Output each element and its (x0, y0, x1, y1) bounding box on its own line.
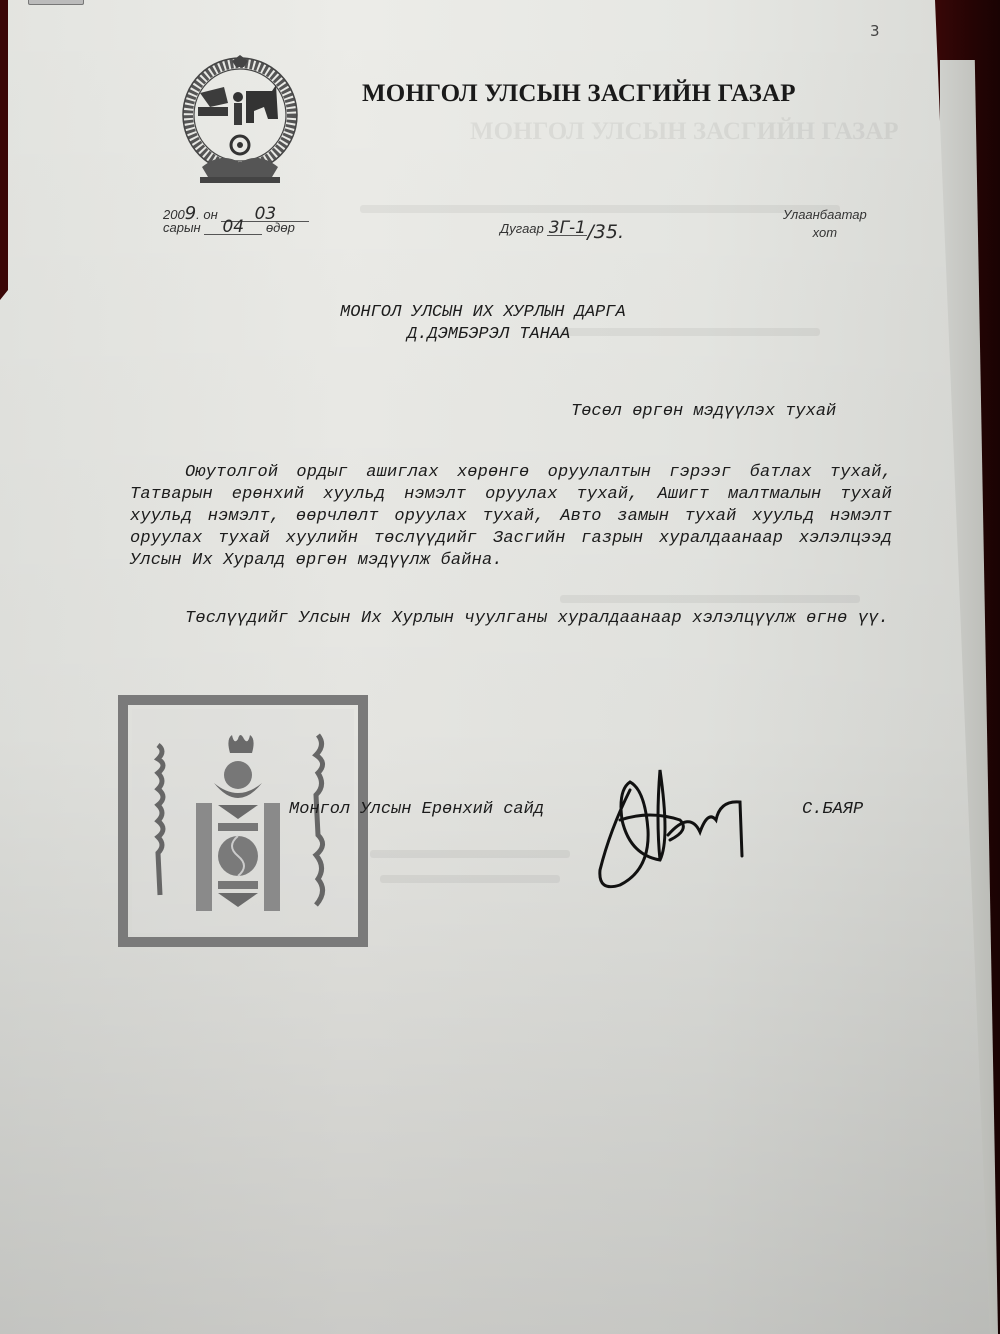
body-paragraph-2: Төслүүдийг Улсын Их Хурлын чуулганы хура… (130, 608, 892, 630)
date-month-line: сарын 04 өдөр (163, 220, 295, 235)
number-value: 3Г-1 (547, 221, 587, 236)
city-suffix: хот (783, 224, 867, 242)
addressee-title: МОНГОЛ УЛСЫН ИХ ХУРЛЫН ДАРГА (340, 303, 626, 322)
bleed-through-title: МОНГОЛ УЛСЫН ЗАСГИЙН ГАЗАР (470, 118, 899, 146)
subject-line: Төсөл өргөн мэдүүлэх тухай (571, 402, 836, 421)
number-tail: /35. (587, 221, 624, 243)
bleed-through (370, 850, 570, 858)
handwritten-signature-icon (590, 760, 760, 895)
bleed-through (360, 205, 840, 213)
soyombo-stamp-icon (118, 695, 368, 947)
page-number: 3 (870, 22, 880, 40)
document-number: Дугаар 3Г-1/35. (500, 216, 624, 238)
bleed-through (560, 328, 820, 336)
number-label: Дугаар (500, 221, 544, 236)
city-block: Улаанбаатар хот (783, 206, 867, 242)
signatory-name: С.БАЯР (802, 800, 863, 819)
bleed-through (380, 875, 560, 883)
day-label: өдөр (266, 220, 295, 235)
document-page: 3 МОНГОЛ УЛСЫН ЗАСГИЙН ГАЗАР МОНГОЛ УЛСЫ… (0, 0, 1000, 1334)
month-label: сарын (163, 220, 201, 235)
organization-title: МОНГОЛ УЛСЫН ЗАСГИЙН ГАЗАР (362, 80, 796, 108)
staple-icon (28, 0, 84, 5)
city-name: Улаанбаатар (783, 206, 867, 224)
body-paragraph-1: Оюутолгой ордыг ашиглах хөрөнгө оруулалт… (130, 462, 892, 572)
signatory-title: Монгол Улсын Ерөнхий сайд (289, 800, 544, 819)
month-value: 04 (204, 220, 262, 235)
state-emblem-icon (172, 55, 308, 187)
bleed-through (560, 595, 860, 603)
addressee-name: Д.ДЭМБЭРЭЛ ТАНАА (407, 325, 570, 344)
